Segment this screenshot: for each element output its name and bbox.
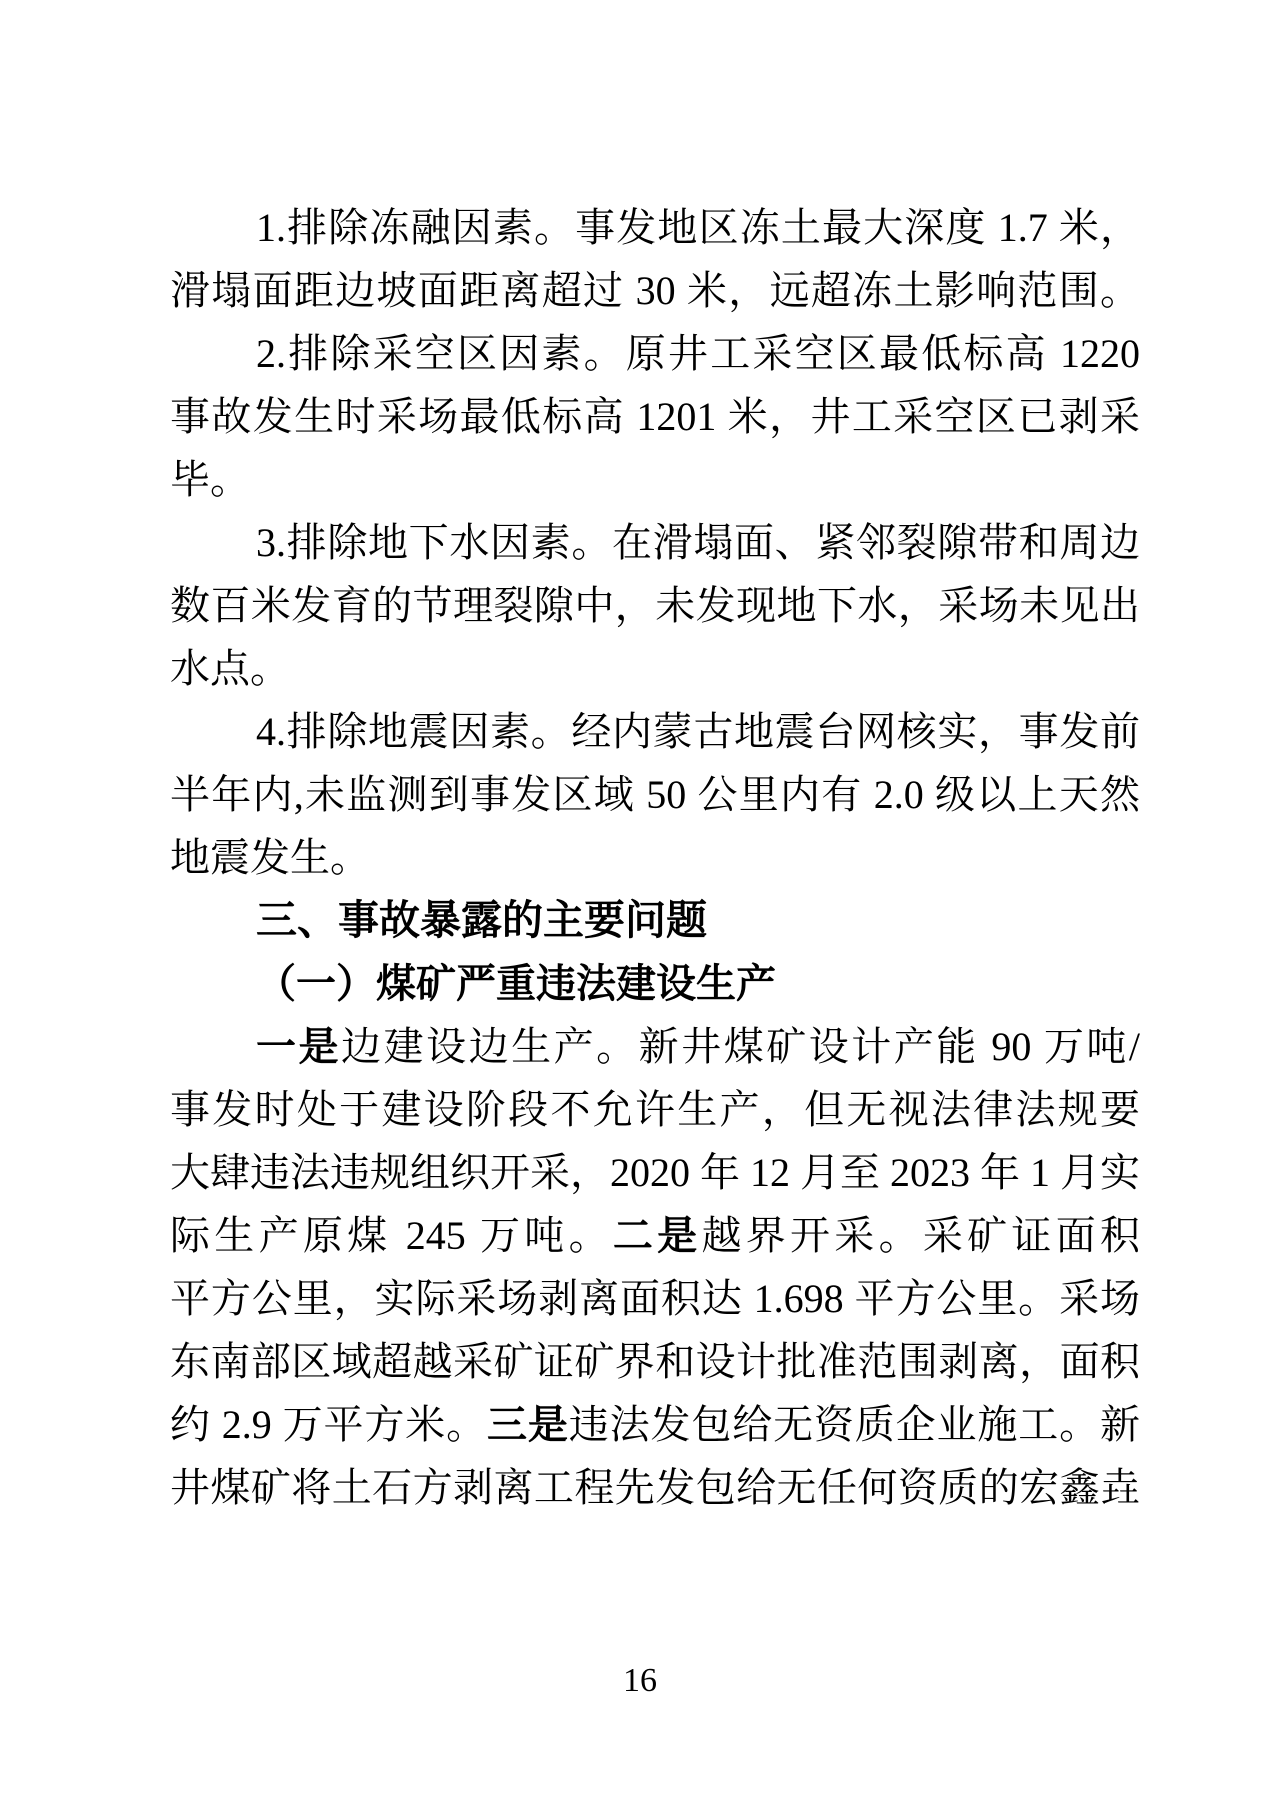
text-run: 半年内,未监测到事发区域 50 公里内有 2.0 级以上天然 <box>170 772 1140 817</box>
text-run: 滑塌面距边坡面距离超过 30 米，远超冻土影响范围。 <box>170 268 1140 313</box>
text-line: 东南部区域超越采矿证矿界和设计批准范围剥离，面积 <box>170 1330 1140 1393</box>
text-line: 际生产原煤 245 万吨。二是越界开采。采矿证面积 1.3448 <box>170 1204 1140 1267</box>
text-line: 大肆违法违规组织开采，2020 年 12 月至 2023 年 1 月实 <box>170 1141 1140 1204</box>
text-run: 约 2.9 万平方米。 <box>170 1402 487 1447</box>
bold-run: （一）煤矿严重违法建设生产 <box>256 961 776 1006</box>
section-heading: 三、事故暴露的主要问题 <box>170 889 1140 952</box>
text-run: 地震发生。 <box>170 835 370 880</box>
text-line: 滑塌面距边坡面距离超过 30 米，远超冻土影响范围。 <box>170 259 1140 322</box>
bold-run: 一是 <box>256 1024 341 1069</box>
text-line: 水点。 <box>170 637 1140 700</box>
text-run: 1.排除冻融因素。事发地区冻土最大深度 1.7 米， <box>256 205 1140 250</box>
text-run: 4.排除地震因素。经内蒙古地震台网核实，事发前 <box>256 709 1140 754</box>
text-run: 平方公里，实际采场剥离面积达 1.698 平方公里。采场 <box>170 1276 1140 1321</box>
text-run: 水点。 <box>170 646 290 691</box>
text-run: 违法发包给无资质企业施工。新 <box>569 1402 1140 1447</box>
text-run: 数百米发育的节理裂隙中，未发现地下水，采场未见出 <box>170 583 1140 628</box>
text-line: 一是边建设边生产。新井煤矿设计产能 90 万吨/年， <box>170 1015 1140 1078</box>
text-run: 际生产原煤 245 万吨。 <box>170 1213 613 1258</box>
text-line: 3.排除地下水因素。在滑塌面、紧邻裂隙带和周边 <box>170 511 1140 574</box>
text-line: 毕。 <box>170 448 1140 511</box>
text-run: 毕。 <box>170 457 250 502</box>
text-run: 3.排除地下水因素。在滑塌面、紧邻裂隙带和周边 <box>256 520 1140 565</box>
text-line: 平方公里，实际采场剥离面积达 1.698 平方公里。采场 <box>170 1267 1140 1330</box>
text-run: 东南部区域超越采矿证矿界和设计批准范围剥离，面积 <box>170 1339 1140 1384</box>
text-line: 井煤矿将土石方剥离工程先发包给无任何资质的宏鑫垚 <box>170 1456 1140 1519</box>
text-line: 事故发生时采场最低标高 1201 米，井工采空区已剥采完 <box>170 385 1140 448</box>
text-line: 数百米发育的节理裂隙中，未发现地下水，采场未见出 <box>170 574 1140 637</box>
document-page: 1.排除冻融因素。事发地区冻土最大深度 1.7 米，滑塌面距边坡面距离超过 30… <box>0 0 1280 1809</box>
text-line: 半年内,未监测到事发区域 50 公里内有 2.0 级以上天然 <box>170 763 1140 826</box>
text-line: 地震发生。 <box>170 826 1140 889</box>
text-line: 4.排除地震因素。经内蒙古地震台网核实，事发前 <box>170 700 1140 763</box>
document-body: 1.排除冻融因素。事发地区冻土最大深度 1.7 米，滑塌面距边坡面距离超过 30… <box>170 196 1140 1519</box>
bold-run: 三是 <box>487 1402 569 1447</box>
text-run: 井煤矿将土石方剥离工程先发包给无任何资质的宏鑫垚 <box>170 1465 1140 1510</box>
text-line: 1.排除冻融因素。事发地区冻土最大深度 1.7 米， <box>170 196 1140 259</box>
text-run: 大肆违法违规组织开采，2020 年 12 月至 2023 年 1 月实 <box>170 1150 1140 1195</box>
bold-run: 三、事故暴露的主要问题 <box>256 897 707 943</box>
bold-run: 二是 <box>613 1213 702 1258</box>
text-run: 2.排除采空区因素。原井工采空区最低标高 1220 米， <box>170 331 1140 385</box>
text-line: 2.排除采空区因素。原井工采空区最低标高 1220 米， <box>170 322 1140 385</box>
text-run: 事发时处于建设阶段不允许生产，但无视法律法规要求， <box>170 1087 1140 1141</box>
text-line: 约 2.9 万平方米。三是违法发包给无资质企业施工。新 <box>170 1393 1140 1456</box>
page-number: 16 <box>0 1662 1280 1700</box>
text-run: 事故发生时采场最低标高 1201 米，井工采空区已剥采完 <box>170 394 1140 448</box>
text-line: 事发时处于建设阶段不允许生产，但无视法律法规要求， <box>170 1078 1140 1141</box>
sub-heading: （一）煤矿严重违法建设生产 <box>170 952 1140 1015</box>
